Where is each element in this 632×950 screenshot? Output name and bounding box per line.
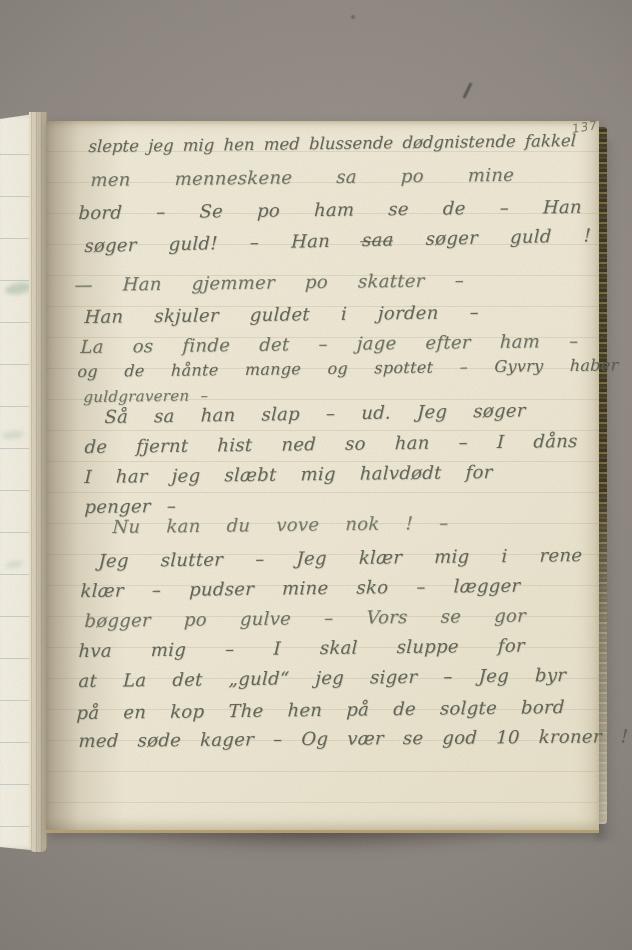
handwriting-line: guldgraveren – [83,384,209,408]
handwriting-line: bøgger po gulve – Vors se gor [84,606,526,633]
handwriting-line: — Han gjemmer po skatter – [74,270,464,297]
handwriting-line: men menneskene sa po mine [90,165,515,192]
handwriting-line: klær – pudser mine sko – lægger [80,576,521,603]
handwriting-line: slepte jeg mig hen med blussende dødgnis… [88,130,576,158]
handwriting-line: at La det „guld“ jeg siger – Jeg byr [78,665,567,693]
handwriting-line: Jeg slutter – Jeg klær mig i rene [98,545,583,573]
handwriting-line: og de hånte mange og spottet – Gyvry hab… [77,354,619,383]
handwriting-line: Nu kan du vove nok ! – [112,513,449,539]
handwriting-line: I har jeg slæbt mig halvdødt for [84,462,493,489]
handwriting-line: søger guld! – Han s̶a̶a̶ søger guld ! [84,225,592,258]
handwriting-text: slepte jeg mig hen med blussende dødgnis… [0,0,632,950]
handwriting-line: på en kop The hen på de solgte bord [76,697,565,725]
handwriting-line: bord – Se po ham se de – Han [78,197,582,225]
photo-backdrop: 137 slepte jeg mig hen med blussende død… [0,0,632,950]
handwriting-line: hva mig – I skal sluppe for [78,636,525,663]
handwriting-line: de fjernt hist ned so han – I dåns [84,431,578,459]
handwriting-line: med søde kager – Og vær se god 10 kroner… [78,726,629,753]
handwriting-line: Han skjuler guldet i jorden – [84,302,479,329]
